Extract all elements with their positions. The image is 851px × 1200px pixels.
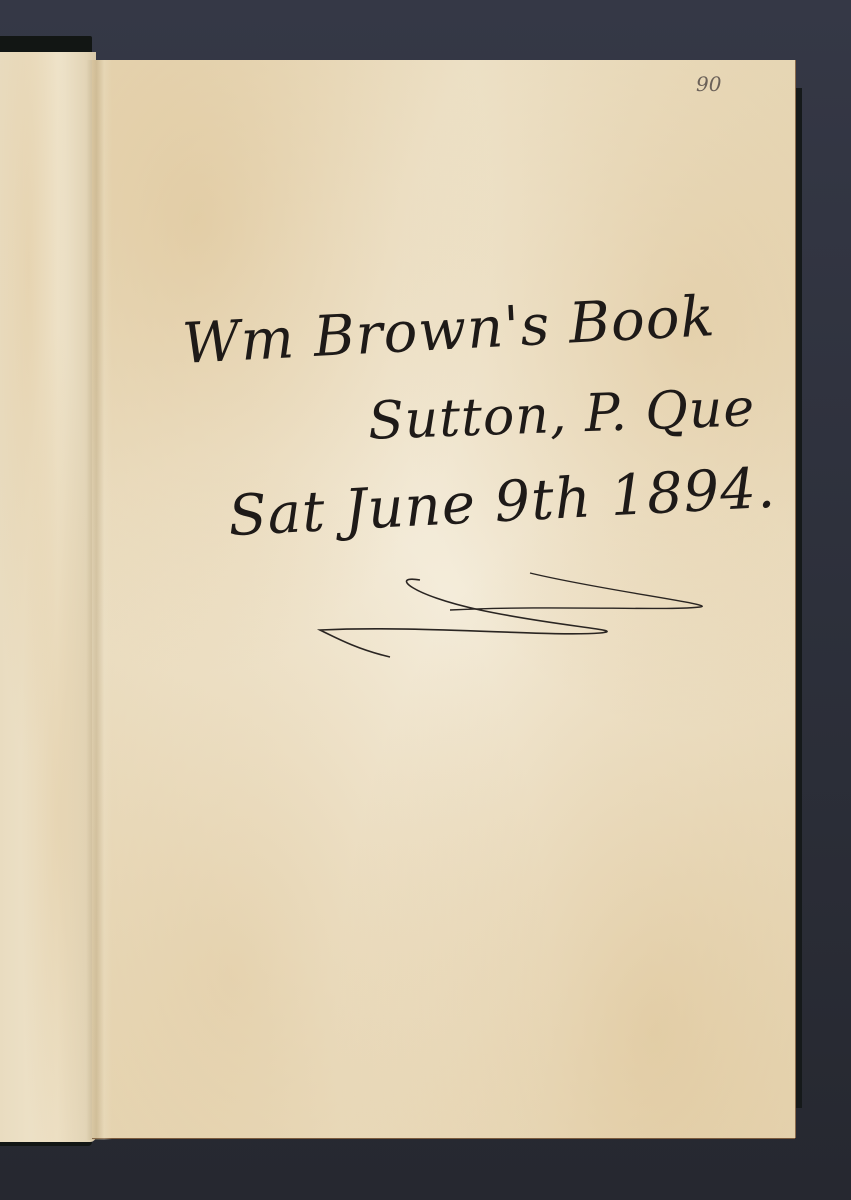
flourish-underline-icon bbox=[300, 565, 720, 665]
photo-scene: 90 Wm Brown's Book Sutton, P. Que Sat Ju… bbox=[0, 0, 851, 1200]
left-flyleaf bbox=[0, 52, 96, 1142]
page-gutter bbox=[86, 60, 112, 1140]
page-number: 90 bbox=[696, 72, 721, 96]
